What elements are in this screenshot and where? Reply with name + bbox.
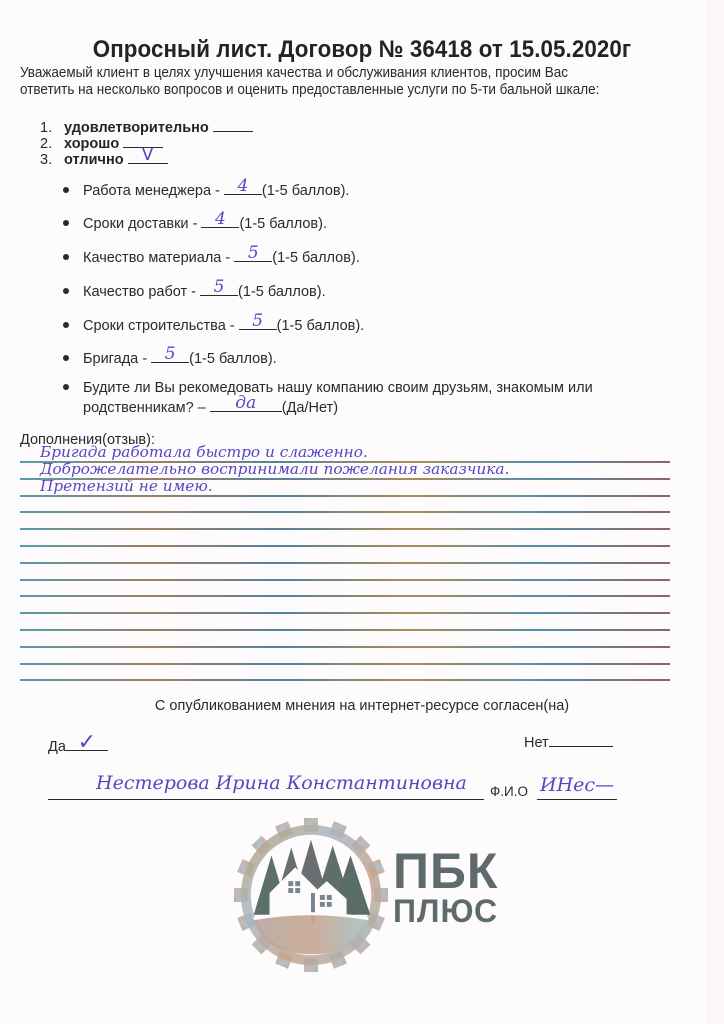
rating-item-delivery: Сроки доставки - 4(1-5 баллов). (63, 213, 327, 232)
consent-no-field[interactable] (549, 732, 613, 747)
feedback-rule-line (20, 612, 670, 614)
rating-field[interactable]: 5 (151, 348, 189, 363)
feedback-rule-line (20, 579, 670, 581)
check-mark-icon: ✓ (66, 734, 108, 751)
feedback-rule-line (20, 646, 670, 648)
logo-text-pbk: ПБК (393, 846, 498, 896)
feedback-rule-line (20, 528, 670, 530)
full-name-line[interactable] (48, 799, 484, 800)
scale-item-satisfactory: 1.удовлетворительно (40, 117, 253, 133)
feedback-rule-line (20, 562, 670, 564)
feedback-text-line: Претензий не имею. (40, 478, 213, 495)
recommend-answer-field[interactable]: да (210, 397, 282, 412)
feedback-text-line: Бригада работала быстро и слаженно. (40, 444, 368, 461)
bullet-icon (63, 322, 69, 328)
intro-line-2: ответить на несколько вопросов и оценить… (20, 82, 599, 98)
bullet-icon (63, 355, 69, 361)
rating-field[interactable]: 4 (224, 180, 262, 195)
check-mark-icon: V (128, 147, 168, 164)
signature-handwritten: ИНес— (540, 774, 614, 796)
feedback-rule-line (20, 629, 670, 631)
recommend-question: Будите ли Вы рекомедовать нашу компанию … (63, 380, 593, 417)
rating-item-manager: Работа менеджера - 4(1-5 баллов). (63, 180, 349, 199)
feedback-rule-line (20, 511, 670, 513)
gear-houses-forest-icon (232, 816, 390, 974)
bullet-icon (63, 220, 69, 226)
bullet-icon (63, 288, 69, 294)
consent-yes-field[interactable]: ✓ (66, 736, 108, 751)
rating-item-material: Качество материала - 5(1-5 баллов). (63, 247, 360, 266)
scale-mark-field[interactable]: V (128, 149, 168, 164)
scale-mark-field[interactable] (213, 117, 253, 132)
intro-line-1: Уважаемый клиент в целях улучшения качес… (20, 65, 568, 81)
feedback-rule-line (20, 495, 670, 497)
feedback-text-line: Доброжелательно воспринимали пожелания з… (40, 461, 509, 478)
consent-no: Нет (524, 732, 613, 751)
feedback-rule-line (20, 545, 670, 547)
rating-field[interactable]: 5 (234, 247, 272, 262)
fio-label: Ф.И.О (490, 784, 528, 799)
page-title: Опросный лист. Договор № 36418 от 15.05.… (25, 36, 698, 64)
bullet-icon (63, 254, 69, 260)
rating-scale-list: 1.удовлетворительно 2.хорошо 3.отлично V (40, 117, 253, 165)
feedback-rule-line (20, 663, 670, 665)
feedback-rule-line (20, 679, 670, 681)
publication-consent-text: С опубликованием мнения на интернет-ресу… (0, 698, 724, 714)
rating-field[interactable]: 5 (200, 281, 238, 296)
rating-item-construction-time: Сроки строительства - 5(1-5 баллов). (63, 315, 364, 334)
rating-field[interactable]: 4 (201, 213, 239, 228)
rating-item-work-quality: Качество работ - 5(1-5 баллов). (63, 281, 326, 300)
paper-edge (706, 0, 724, 1024)
logo-text-plus: ПЛЮС (393, 895, 498, 927)
bullet-icon (63, 384, 69, 390)
consent-yes: Да✓ (48, 736, 108, 755)
feedback-rule-line (20, 595, 670, 597)
signature-line[interactable] (537, 799, 617, 800)
rating-item-brigade: Бригада - 5(1-5 баллов). (63, 348, 277, 367)
scale-item-excellent: 3.отлично V (40, 149, 253, 165)
full-name-handwritten: Нестерова Ирина Константиновна (96, 772, 467, 794)
bullet-icon (63, 187, 69, 193)
rating-field[interactable]: 5 (239, 315, 277, 330)
